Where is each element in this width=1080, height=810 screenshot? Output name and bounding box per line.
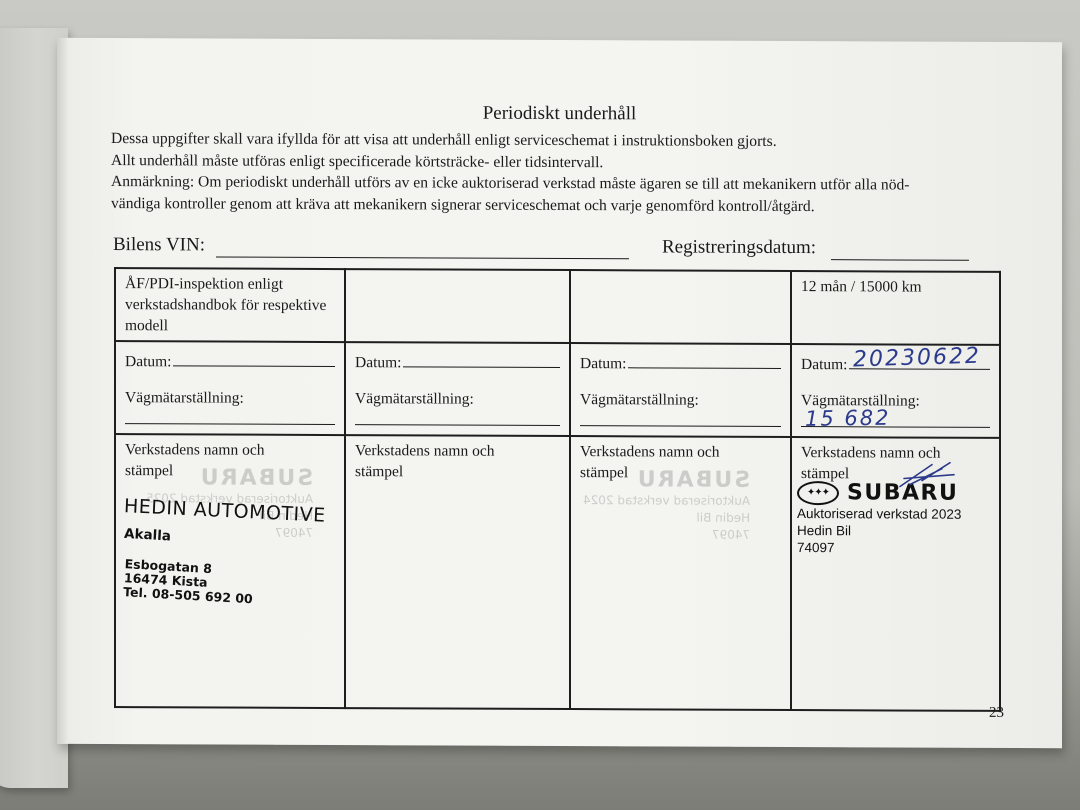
interval-cell [345, 269, 570, 343]
registration-date-label: Registreringsdatum: [662, 236, 816, 259]
subaru-stars-logo-icon: ✦✦✦ [797, 481, 839, 505]
odometer-label: Vägmätarställning: [580, 391, 781, 410]
interval-cell: 12 mån / 15000 km [791, 271, 1000, 345]
interval-text: ÅF/PDI-inspektion enligt verkstadshandbo… [125, 273, 335, 337]
date-label: Datum: [801, 356, 848, 374]
workshop-stamp-row: Verkstadens namn och stämpel SUBARU Aukt… [115, 434, 1000, 711]
interval-row: ÅF/PDI-inspektion enligt verkstadshandbo… [115, 268, 1000, 345]
intro-text: Dessa uppgifter skall vara ifyllda för a… [111, 128, 1011, 218]
interval-text [580, 275, 781, 276]
date-field[interactable] [403, 352, 561, 368]
registration-date-field[interactable] [831, 259, 969, 261]
date-odometer-cell: Datum: Vägmätarställning: [570, 343, 791, 437]
stamp-city: Akalla [124, 526, 326, 553]
workshop-label: Verkstadens namn och stämpel [355, 440, 525, 483]
interval-text [355, 274, 560, 275]
handwritten-signature-icon [892, 460, 962, 490]
date-field[interactable] [628, 353, 782, 369]
odometer-label: Vägmätarställning: [125, 389, 335, 408]
workshop-stamp-cell: Verkstadens namn och stämpel SUBARU Aukt… [115, 434, 345, 708]
subaru-dealer-stamp: ✦✦✦ SUBARU Auktoriserad verkstad 2023 He… [797, 480, 961, 557]
vehicle-info-row: Bilens VIN: Registreringsdatum: [113, 234, 973, 238]
stamp-address: Esbogatan 8 16474 Kista Tel. 08-505 692 … [123, 557, 327, 610]
workshop-label: Verkstadens namn och stämpel [125, 439, 295, 482]
date-label: Datum: [125, 353, 172, 371]
interval-cell [570, 270, 791, 344]
service-book-page: Periodiskt underhåll Dessa uppgifter ska… [57, 38, 1062, 748]
workshop-stamp-cell: Verkstadens namn och stämpel SUBARU Aukt… [570, 436, 791, 710]
date-odometer-cell: Datum:20230622 Vägmätarställning: 15 682 [791, 344, 1000, 438]
odometer-field[interactable] [125, 407, 335, 425]
page-title: Periodiskt underhåll [57, 101, 1062, 127]
odometer-field[interactable] [355, 408, 560, 426]
date-odometer-cell: Datum: Vägmätarställning: [345, 342, 570, 436]
stamp-line: Hedin Bil [797, 522, 961, 540]
interval-text: 12 mån / 15000 km [801, 276, 990, 298]
workshop-label: Verkstadens namn och stämpel [580, 441, 750, 484]
odometer-value: 15 682 [805, 406, 891, 431]
interval-cell: ÅF/PDI-inspektion enligt verkstadshandbo… [115, 268, 345, 342]
date-value: 20230622 [852, 344, 981, 373]
stamp-line: Auktoriserad verkstad 2023 [797, 505, 961, 523]
odometer-field[interactable] [580, 409, 781, 427]
maintenance-schedule-table: ÅF/PDI-inspektion enligt verkstadshandbo… [114, 267, 1001, 712]
date-field[interactable]: 20230622 [849, 354, 991, 370]
date-label: Datum: [580, 355, 627, 373]
odometer-label: Vägmätarställning: [355, 390, 560, 409]
odometer-field[interactable]: 15 682 [801, 410, 990, 428]
vin-label: Bilens VIN: [113, 234, 205, 256]
stamp-line: 74097 [797, 539, 961, 557]
date-odometer-cell: Datum: Vägmätarställning: [115, 341, 345, 435]
workshop-stamp-cell: Verkstadens namn och stämpel [345, 435, 570, 709]
hedin-automotive-stamp: HEDIN AUTOMOTIVE Akalla Esbogatan 8 1647… [124, 495, 326, 600]
date-odometer-row: Datum: Vägmätarställning: Datum: Vägmäta… [115, 341, 1000, 438]
vin-field[interactable] [216, 257, 629, 260]
stamp-company-name: HEDIN AUTOMOTIVE [124, 495, 327, 527]
date-label: Datum: [355, 354, 402, 372]
date-field[interactable] [173, 351, 336, 367]
spine-shadow [57, 38, 69, 744]
page-number: 23 [989, 705, 1004, 722]
workshop-stamp-cell: Verkstadens namn och stämpel ✦✦✦ SUBARU … [791, 437, 1000, 711]
intro-line: vändiga kontroller genom att kräva att m… [111, 193, 1011, 218]
